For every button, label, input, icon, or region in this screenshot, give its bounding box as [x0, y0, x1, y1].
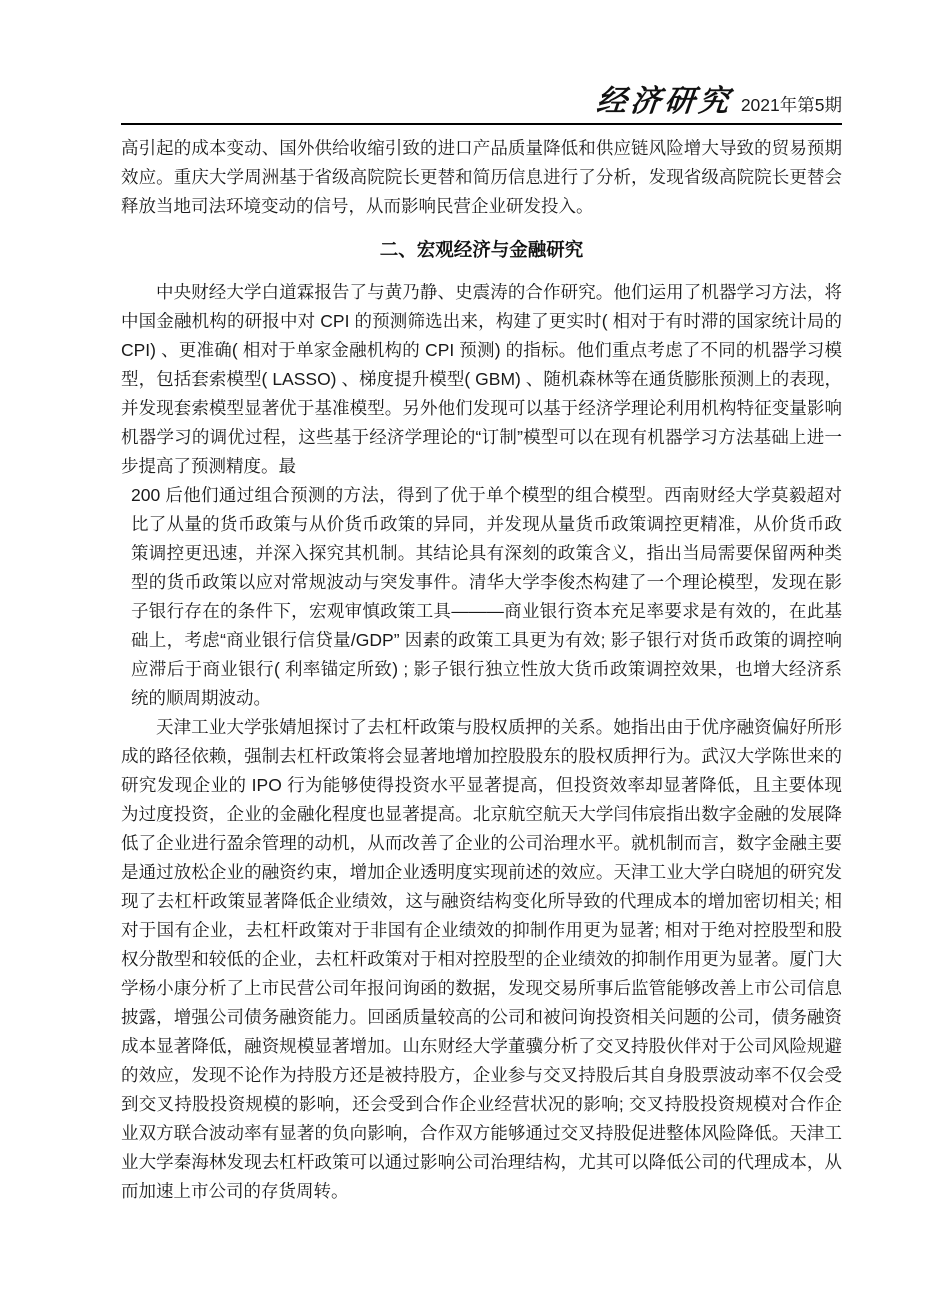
paragraph-deleveraging-corporate-finance: 天津工业大学张婧旭探讨了去杠杆政策与股权质押的关系。她指出由于优序融资偏好所形成…: [121, 713, 842, 1206]
paragraph-monetary-policy-shadow-banking: 200 后他们通过组合预测的方法，得到了优于单个模型的组合模型。西南财经大学莫毅…: [131, 481, 842, 713]
document-page: 经济研究 2021年第5期 高引起的成本变动、国外供给收缩引致的进口产品质量降低…: [0, 0, 950, 1290]
section-heading-macro-finance: 二、宏观经济与金融研究: [121, 236, 842, 262]
page-header: 经济研究 2021年第5期: [121, 0, 842, 120]
header-rule: [121, 123, 842, 125]
issue-label: 2021年第5期: [741, 92, 842, 117]
journal-logo: 经济研究: [595, 76, 736, 120]
paragraph-trade-expectation: 高引起的成本变动、国外供给收缩引致的进口产品质量降低和供应链风险增大导致的贸易预…: [121, 134, 842, 221]
paragraph-cpi-machine-learning: 中央财经大学白道霖报告了与黄乃静、史震涛的合作研究。他们运用了机器学习方法，将中…: [121, 278, 842, 481]
